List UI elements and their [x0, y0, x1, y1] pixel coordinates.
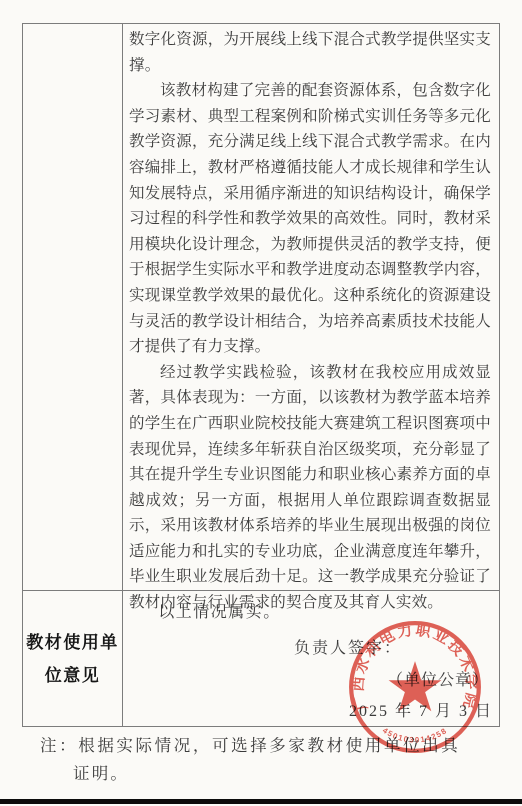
signature-row: 教材使用单位意见 以上情况属实。 负责人签字： （单位公章） 2025 年 7 … — [23, 590, 499, 726]
signature-row-label-cell: 教材使用单位意见 — [23, 591, 123, 726]
signature-label: 负责人签字： — [123, 635, 499, 658]
row-label-unit-opinion: 教材使用单位意见 — [25, 626, 121, 692]
opinion-paragraph-1: 数字化资源，为开展线上线下混合式教学提供坚实支撑。 — [129, 27, 491, 78]
label-cell-empty — [23, 24, 123, 590]
opinion-paragraph-2: 该教材构建了完善的配套资源体系，包含数字化学习素材、典型工程案例和阶梯式实训任务… — [129, 78, 491, 360]
signature-cell: 以上情况属实。 负责人签字： （单位公章） 2025 年 7 月 3 日 — [123, 591, 499, 726]
seal-placeholder-note: （单位公章） — [123, 667, 499, 690]
date-text: 2025 年 7 月 3 日 — [123, 698, 499, 721]
scan-edge-bar — [0, 799, 522, 804]
opinion-text-row: 数字化资源，为开展线上线下混合式教学提供坚实支撑。 该教材构建了完善的配套资源体… — [23, 24, 499, 590]
opinion-table: 数字化资源，为开展线上线下混合式教学提供坚实支撑。 该教材构建了完善的配套资源体… — [22, 23, 500, 727]
footnote: 注：根据实际情况，可选择多家教材使用单位出具证明。 — [40, 732, 460, 788]
statement-text: 以上情况属实。 — [123, 599, 499, 622]
opinion-paragraph-3: 经过教学实践检验，该教材在我校应用成效显著，具体表现为：一方面，以该教材为教学蓝… — [129, 360, 491, 616]
opinion-text-cell: 数字化资源，为开展线上线下混合式教学提供坚实支撑。 该教材构建了完善的配套资源体… — [123, 24, 499, 590]
